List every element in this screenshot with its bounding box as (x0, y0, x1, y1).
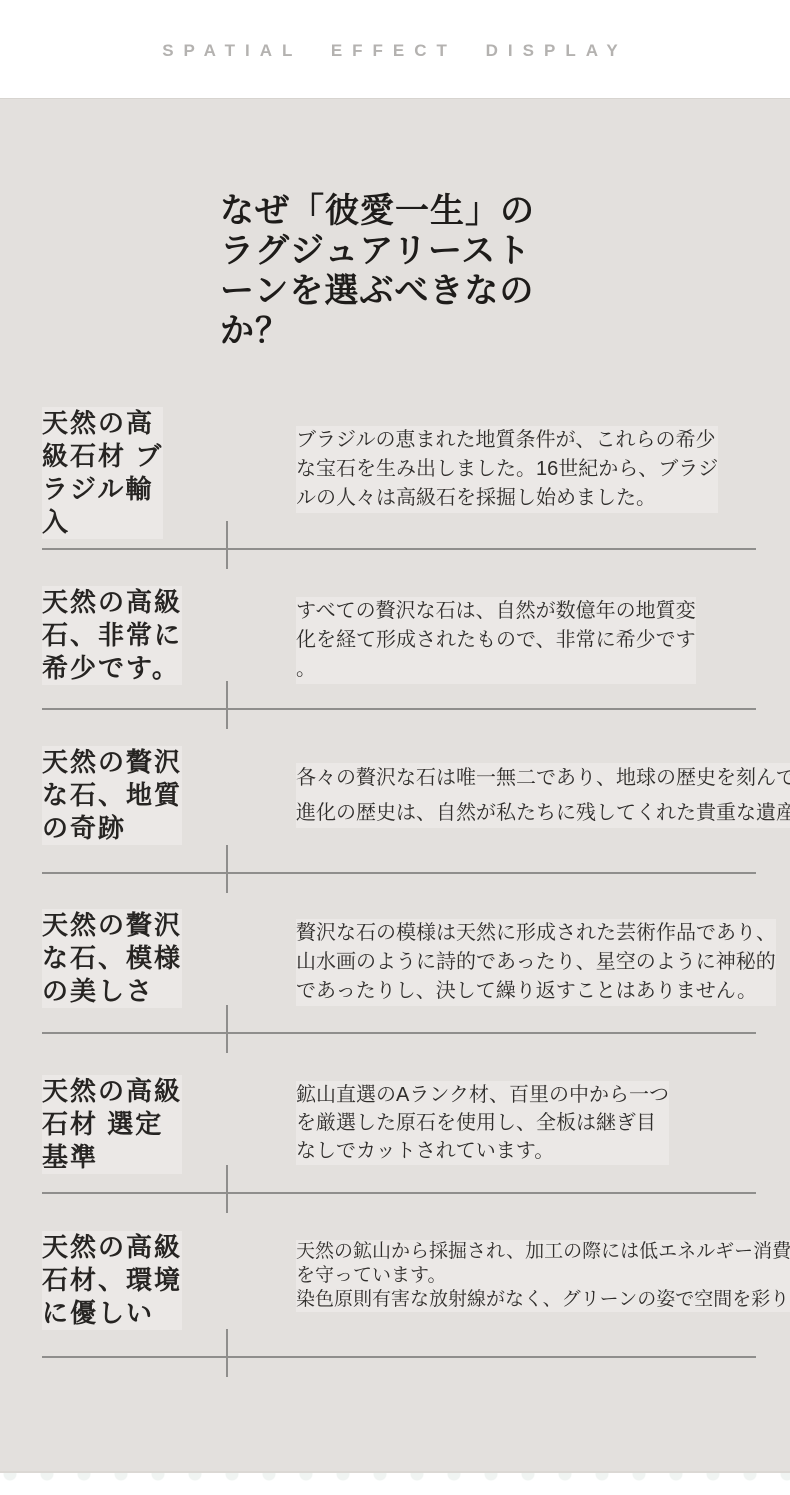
feature-paragraph: ブラジルの恵まれた地質条件が、これらの希少 な宝石を生み出しました。16世紀から… (296, 426, 718, 513)
feature-paragraph: 各々の贅沢な石は唯一無二であり、地球の歴史を刻んでい (296, 763, 790, 793)
feature-paragraph: 鉱山直選のAランク材、百里の中から一つ を厳選した原石を使用し、全板は継ぎ目 な… (296, 1081, 669, 1165)
page-title: なぜ「彼愛一生」の ラグジュアリースト ーンを選ぶべきなの か？ (220, 191, 535, 351)
divider-tick (226, 1165, 228, 1213)
section-divider (42, 1356, 756, 1358)
feature-label: 天然の高 級石材 ブ ラジル輸 入 (42, 407, 163, 539)
section-divider (42, 548, 756, 550)
divider-tick (226, 521, 228, 569)
product-detail-page: SPATIAL EFFECT DISPLAY なぜ「彼愛一生」の ラグジュアリー… (0, 0, 790, 1495)
feature-description: 天然の鉱山から採掘され、加工の際には低エネルギー消費 を守っています。 染色原則… (296, 1240, 790, 1312)
feature-paragraph: 染色原則有害な放射線がなく、グリーンの姿で空間を彩ります (296, 1288, 790, 1312)
divider-tick (226, 845, 228, 893)
divider-tick (226, 681, 228, 729)
header-title: SPATIAL EFFECT DISPLAY (0, 41, 790, 61)
feature-description: すべての贅沢な石は、自然が数億年の地質変 化を経て形成されたもので、非常に希少で… (296, 597, 696, 684)
feature-label: 天然の贅沢 な石、地質 の奇跡 (42, 746, 182, 845)
feature-description: 各々の贅沢な石は唯一無二であり、地球の歴史を刻んでい 進化の歴史は、自然が私たち… (296, 763, 790, 828)
feature-paragraph: 贅沢な石の模様は天然に形成された芸術作品であり、 山水画のように詩的であったり、… (296, 919, 776, 1006)
feature-paragraph: 天然の鉱山から採掘され、加工の際には低エネルギー消費 を守っています。 (296, 1240, 790, 1288)
feature-label: 天然の高級 石、非常に 希少です。 (42, 586, 182, 685)
bottom-band (0, 1473, 790, 1495)
section-divider (42, 1032, 756, 1034)
feature-label: 天然の贅沢 な石、模様 の美しさ (42, 909, 182, 1008)
feature-label: 天然の高級 石材、環境 に優しい (42, 1231, 182, 1330)
section-divider (42, 708, 756, 710)
content-area: なぜ「彼愛一生」の ラグジュアリースト ーンを選ぶべきなの か？ 天然の高 級石… (0, 98, 790, 1473)
feature-description: 鉱山直選のAランク材、百里の中から一つ を厳選した原石を使用し、全板は継ぎ目 な… (296, 1081, 669, 1165)
page-header: SPATIAL EFFECT DISPLAY (0, 0, 790, 98)
feature-paragraph: すべての贅沢な石は、自然が数億年の地質変 化を経て形成されたもので、非常に希少で… (296, 597, 696, 684)
section-divider (42, 1192, 756, 1194)
section-divider (42, 872, 756, 874)
feature-label: 天然の高級 石材 選定 基準 (42, 1075, 182, 1174)
feature-paragraph: 進化の歴史は、自然が私たちに残してくれた貴重な遺産です。 (296, 798, 790, 828)
divider-tick (226, 1329, 228, 1377)
divider-tick (226, 1005, 228, 1053)
feature-description: 贅沢な石の模様は天然に形成された芸術作品であり、 山水画のように詩的であったり、… (296, 919, 776, 1006)
feature-description: ブラジルの恵まれた地質条件が、これらの希少 な宝石を生み出しました。16世紀から… (296, 426, 718, 513)
